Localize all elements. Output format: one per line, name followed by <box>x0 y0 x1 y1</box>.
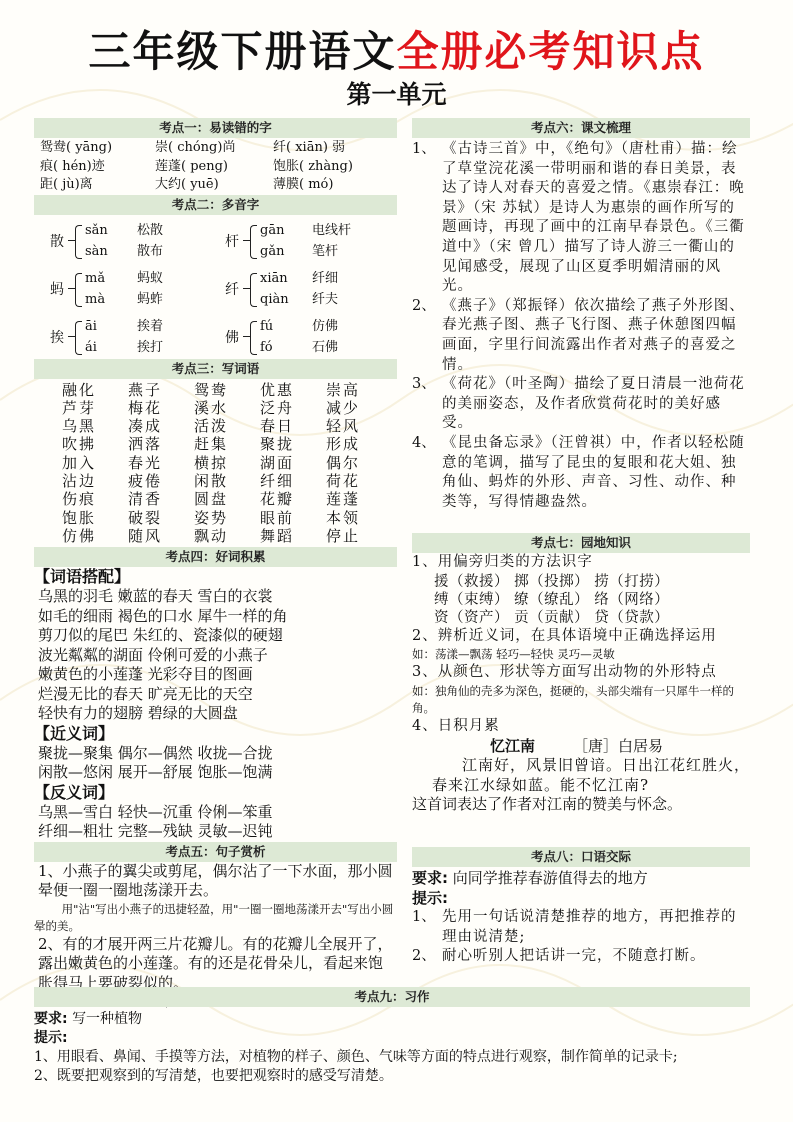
requirement-label: 要求: <box>412 869 448 887</box>
pinyin: sǎn <box>85 220 137 241</box>
brace-icon <box>68 271 82 307</box>
vocab-word: 春光 <box>128 454 194 472</box>
left-column: 考点一：易读错的字 鸳鸯( yāng) 崇( chóng)尚 纤( xiān) … <box>34 118 397 1010</box>
poem-title: 忆江南 <box>490 737 535 755</box>
sentence-1-note: 用"沾"写出小燕子的迅捷轻盈，用"一圈一圈地荡漾开去"写出小圆晕的美。 <box>34 901 397 935</box>
section-header-kaodian8: 考点八：口语交际 <box>412 847 750 867</box>
pinyin: fú <box>260 316 312 337</box>
vocab-word: 姿势 <box>194 509 260 527</box>
title-red: 全册必考知识点 <box>397 27 705 76</box>
vocab-word: 眼前 <box>260 509 326 527</box>
review-item: 4、《昆虫备忘录》（汪曾祺）中，作者以轻松随意的笔调，描写了昆虫的复眼和花大姐、… <box>412 434 750 512</box>
garden-point-2-example: 如：荡漾—飘荡 轻巧—轻快 灵巧—灵敏 <box>412 646 750 663</box>
vocab-word: 活泼 <box>194 417 260 435</box>
word: 纤夫 <box>312 289 338 310</box>
vocab-word: 舞蹈 <box>260 527 326 545</box>
sentence-2: 2、有的才展开两三片花瓣儿。有的花瓣儿全展开了，露出嫩黄色的小莲蓬。有的还是花骨… <box>34 935 397 994</box>
misread-item: 距( jù)离 <box>40 176 155 195</box>
collocation-line: 烂漫无比的春天 旷亮无比的天空 <box>34 685 397 705</box>
word: 电线杆 <box>312 220 351 241</box>
sentence-1: 1、小燕子的翼尖或剪尾，偶尔沾了一下水面，那小圆晕便一圈一圈地荡漾开去。 <box>34 862 397 901</box>
vocab-word: 饱胀 <box>62 509 128 527</box>
vocab-word: 伤痕 <box>62 490 128 508</box>
polyphonic-item: 杆 gān电线杆 gǎn笔杆 <box>225 219 405 263</box>
poly-char: 纤 <box>225 279 243 299</box>
pinyin: xiān <box>260 268 312 289</box>
vocab-word: 减少 <box>326 399 392 417</box>
radical-line: 援（救援） 掷（投掷） 捞（打捞） <box>412 573 750 591</box>
review-item: 1、《古诗三首》中，《绝句》（唐杜甫）描：绘了草堂浣花溪一带明丽和谐的春日美景，… <box>412 140 750 297</box>
garden-point-1: 1、用偏旁归类的方法识字 <box>412 553 750 573</box>
vocab-word: 荷花 <box>326 472 392 490</box>
section-header-kaodian4: 考点四：好词积累 <box>34 547 397 567</box>
poly-char: 散 <box>50 231 68 251</box>
antonym-line: 纤细—粗壮 完整—残缺 灵敏—迟钝 <box>34 822 397 842</box>
garden-point-2: 2、辨析近义词，在具体语境中正确选择运用 <box>412 627 750 647</box>
vocab-word: 泛舟 <box>260 399 326 417</box>
right-column: 考点六：课文梳理 1、《古诗三首》中，《绝句》（唐杜甫）描：绘了草堂浣花溪一带明… <box>412 118 750 967</box>
word: 仿佛 <box>312 316 338 337</box>
vocab-word: 形成 <box>326 435 392 453</box>
tips-label: 提示: <box>412 889 750 909</box>
radical-line: 资（资产） 贡（贡献） 贷（贷款） <box>412 609 750 627</box>
vocab-word: 洒落 <box>128 435 194 453</box>
word: 挨打 <box>137 337 163 358</box>
vocab-word: 芦芽 <box>62 399 128 417</box>
garden-point-3-example: 如：独角仙的壳多为深色，挺硬的，头部尖端有一只犀牛一样的角。 <box>412 683 750 717</box>
review-item: 2、《燕子》（郑振铎）依次描绘了燕子外形图、春光燕子图、燕子飞行图、燕子休憩图四… <box>412 297 750 375</box>
antonym-label: 【反义词】 <box>34 783 397 803</box>
pinyin: sàn <box>85 241 137 262</box>
section-header-kaodian5: 考点五：句子赏析 <box>34 842 397 862</box>
vocab-word: 飘动 <box>194 527 260 545</box>
collocation-line: 剪刀似的尾巴 朱红的、瓷漆似的硬翅 <box>34 626 397 646</box>
antonym-line: 乌黑—雪白 轻快—沉重 伶俐—笨重 <box>34 803 397 823</box>
vocab-word: 横掠 <box>194 454 260 472</box>
vocab-word: 轻风 <box>326 417 392 435</box>
vocab-word: 春日 <box>260 417 326 435</box>
title-black: 三年级下册语文 <box>88 27 396 76</box>
word: 蚂蚁 <box>137 268 163 289</box>
poem-author: ［唐］白居易 <box>573 737 663 755</box>
requirement-text: 写一种植物 <box>72 1011 142 1027</box>
writing-tip: 1、用眼看、鼻闻、手摸等方法，对植物的样子、颜色、气味等方面的特点进行观察，制作… <box>34 1048 694 1067</box>
vocab-word: 燕子 <box>128 381 194 399</box>
polyphonic-item: 佛 fú仿佛 fó石佛 <box>225 315 405 359</box>
vocabulary-grid: 融化燕子鸳鸯优惠崇高芦芽梅花溪水泛舟减少乌黑凑成活泼春日轻风吹拂洒落赶集聚拢形成… <box>34 379 397 546</box>
vocab-word: 闲散 <box>194 472 260 490</box>
pinyin: fó <box>260 337 312 358</box>
vocab-word: 仿佛 <box>62 527 128 545</box>
polyphonic-item: 蚂 mǎ蚂蚁 mà蚂蚱 <box>50 267 225 311</box>
brace-icon <box>68 319 82 355</box>
vocab-word: 加入 <box>62 454 128 472</box>
brace-icon <box>243 223 257 259</box>
vocab-word: 湖面 <box>260 454 326 472</box>
vocab-word: 赶集 <box>194 435 260 453</box>
writing-tip: 2、既要把观察到的写清楚，也要把观察时的感受写清楚。 <box>34 1067 694 1086</box>
polyphonic-item: 纤 xiān纤细 qiàn纤夫 <box>225 267 405 311</box>
vocab-word: 凑成 <box>128 417 194 435</box>
misread-item: 崇( chóng)尚 <box>155 139 273 158</box>
vocab-word: 纤细 <box>260 472 326 490</box>
radical-line: 缚（束缚） 缭（缭乱） 络（网络） <box>412 591 750 609</box>
synonym-line: 聚拢—聚集 偶尔—偶然 收拢—合拢 <box>34 744 397 764</box>
misread-item: 纤( xiān) 弱 <box>273 139 403 158</box>
text-review: 1、《古诗三首》中，《绝句》（唐杜甫）描：绘了草堂浣花溪一带明丽和谐的春日美景，… <box>412 138 750 533</box>
vocab-word: 本领 <box>326 509 392 527</box>
word: 笔杆 <box>312 241 338 262</box>
polyphonic-item: 散 sǎn松散 sàn散布 <box>50 219 225 263</box>
poly-char: 佛 <box>225 327 243 347</box>
vocab-word: 圆盘 <box>194 490 260 508</box>
collocation-line: 波光粼粼的湖面 伶俐可爱的小燕子 <box>34 646 397 666</box>
vocab-word: 沾边 <box>62 472 128 490</box>
vocab-word: 优惠 <box>260 381 326 399</box>
vocab-word: 停止 <box>326 527 392 545</box>
vocab-word: 随风 <box>128 527 194 545</box>
vocab-word: 疲倦 <box>128 472 194 490</box>
section-header-kaodian7: 考点七：园地知识 <box>412 533 750 553</box>
word: 散布 <box>137 241 163 262</box>
collocation-line: 轻快有力的翅膀 碧绿的大圆盘 <box>34 704 397 724</box>
section-header-kaodian9: 考点九：习作 <box>34 987 750 1007</box>
word: 挨着 <box>137 316 163 337</box>
collocation-line: 如毛的细雨 褐色的口水 犀牛一样的角 <box>34 607 397 627</box>
writing-section: 考点九：习作 要求: 写一种植物 提示: 1、用眼看、鼻闻、手摸等方法，对植物的… <box>34 987 750 1086</box>
tip-item: 1、先用一句话说清楚推荐的地方，再把推荐的理由说清楚; <box>412 908 750 947</box>
word: 石佛 <box>312 337 338 358</box>
garden-point-4: 4、日积月累 <box>412 717 750 737</box>
poem-body: 江南好，风景旧曾谙。日出江花红胜火，春来江水绿如蓝。能不忆江南? <box>412 756 750 795</box>
collocation-label: 【词语搭配】 <box>34 567 397 587</box>
synonym-line: 闲散—悠闲 展开—舒展 饱胀—饱满 <box>34 763 397 783</box>
vocab-word: 融化 <box>62 381 128 399</box>
pinyin: qiàn <box>260 289 312 310</box>
vocab-word: 吹拂 <box>62 435 128 453</box>
misread-item: 薄膜( mó) <box>273 176 403 195</box>
synonym-label: 【近义词】 <box>34 724 397 744</box>
section-header-kaodian1: 考点一：易读错的字 <box>34 118 397 138</box>
collocation-line: 乌黑的羽毛 嫩蓝的春天 雪白的衣裳 <box>34 587 397 607</box>
requirement-label: 要求: <box>34 1011 68 1027</box>
tip-item: 2、耐心听别人把话讲一完，不随意打断。 <box>412 947 750 967</box>
misread-item: 饱胀( zhàng) <box>273 158 403 177</box>
section-header-kaodian6: 考点六：课文梳理 <box>412 118 750 138</box>
tips-label: 提示: <box>34 1029 694 1048</box>
word: 松散 <box>137 220 163 241</box>
brace-icon <box>68 223 82 259</box>
vocab-word: 花瓣 <box>260 490 326 508</box>
good-words: 【词语搭配】 乌黑的羽毛 嫩蓝的春天 雪白的衣裳 如毛的细雨 褐色的口水 犀牛一… <box>34 567 397 842</box>
vocab-word: 破裂 <box>128 509 194 527</box>
section-header-kaodian2: 考点二：多音字 <box>34 195 397 215</box>
page-title: 三年级下册语文全册必考知识点 <box>0 28 793 76</box>
vocab-word: 乌黑 <box>62 417 128 435</box>
vocab-word: 偶尔 <box>326 454 392 472</box>
vocab-word: 莲蓬 <box>326 490 392 508</box>
misread-item: 大约( yuē) <box>155 176 273 195</box>
vocab-word: 溪水 <box>194 399 260 417</box>
easy-misread-chars: 鸳鸯( yāng) 崇( chóng)尚 纤( xiān) 弱 痕( hén)迹… <box>34 138 397 195</box>
vocab-word: 清香 <box>128 490 194 508</box>
pinyin: mǎ <box>85 268 137 289</box>
brace-icon <box>243 319 257 355</box>
unit-subtitle: 第一单元 <box>0 80 793 110</box>
misread-item: 鸳鸯( yāng) <box>40 139 155 158</box>
garden-point-3: 3、从颜色、形状等方面写出动物的外形特点 <box>412 663 750 683</box>
misread-item: 莲蓬( peng) <box>155 158 273 177</box>
word: 纤细 <box>312 268 338 289</box>
vocab-word: 鸳鸯 <box>194 381 260 399</box>
oral-communication: 要求: 向同学推荐春游值得去的地方 提示: 1、先用一句话说清楚推荐的地方，再把… <box>412 867 750 967</box>
poem-heading: 忆江南［唐］白居易 <box>412 736 750 756</box>
poly-char: 蚂 <box>50 279 68 299</box>
vocab-word: 梅花 <box>128 399 194 417</box>
pinyin: ái <box>85 337 137 358</box>
brace-icon <box>243 271 257 307</box>
misread-item: 痕( hén)迹 <box>40 158 155 177</box>
poem-summary: 这首词表达了作者对江南的赞美与怀念。 <box>412 795 750 815</box>
polyphonic-item: 挨 āi挨着 ái挨打 <box>50 315 225 359</box>
collocation-line: 嫩黄色的小莲蓬 光彩夺目的图画 <box>34 665 397 685</box>
poly-char: 杆 <box>225 231 243 251</box>
word: 蚂蚱 <box>137 289 163 310</box>
pinyin: gǎn <box>260 241 312 262</box>
vocab-word: 聚拢 <box>260 435 326 453</box>
section-header-kaodian3: 考点三：写词语 <box>34 359 397 379</box>
pinyin: mà <box>85 289 137 310</box>
garden-knowledge: 1、用偏旁归类的方法识字 援（救援） 掷（投掷） 捞（打捞） 缚（束缚） 缭（缭… <box>412 553 750 847</box>
poly-char: 挨 <box>50 327 68 347</box>
polyphonic-chars: 散 sǎn松散 sàn散布 杆 gān电线杆 gǎn笔杆 蚂 mǎ蚂 <box>34 215 397 359</box>
vocab-word: 崇高 <box>326 381 392 399</box>
pinyin: gān <box>260 220 312 241</box>
pinyin: āi <box>85 316 137 337</box>
requirement-text: 向同学推荐春游值得去的地方 <box>453 869 648 887</box>
review-item: 3、《荷花》（叶圣陶）描绘了夏日清晨一池荷花的美丽姿态，及作者欣赏荷花时的美好感… <box>412 375 750 434</box>
